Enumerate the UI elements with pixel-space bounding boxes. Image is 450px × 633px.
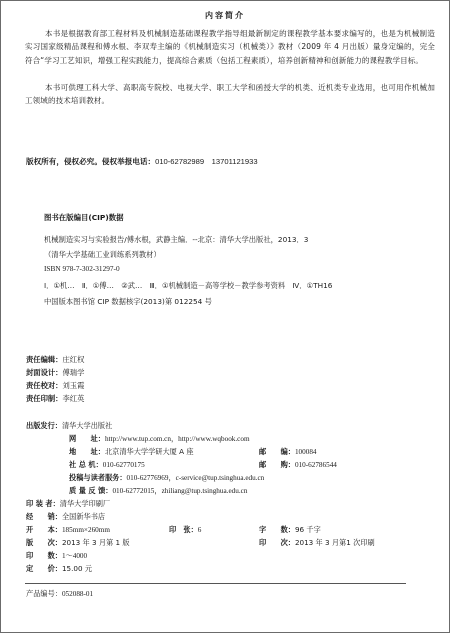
staff-cover-design: 封面设计：傅瑞学 [26,369,84,376]
summary-paragraph-1: 本书是根据教育部工程材料及机械制造基础课程教学指导组最新制定的课程教学基本要求编… [25,27,435,67]
distributor-line: 经 销：全国新华书店 [26,513,105,520]
publisher-website: 网 址：http://www.tup.com.cn，http://www.wqb… [69,435,250,443]
publisher-switchboard: 社 总 机：010-62770175 [69,461,145,469]
format-line: 开 本：185mm×260mm [26,526,110,534]
impression-line: 印 次：2013 年 3 月第1 次印刷 [259,539,375,546]
publisher-line: 出版发行：清华大学出版社 [26,422,112,429]
publisher-reader-service: 投稿与读者服务：010-62776969，c-service@tup.tsing… [69,474,264,482]
copyright-notice: 版权所有，侵权必究。侵权举报电话：010-62782989 1370112193… [26,158,258,166]
staff-proofreader: 责任校对：刘玉霞 [26,382,84,389]
edition-line: 版 次：2013 年 3 月第 1 版 [26,539,130,546]
copyright-text: 版权所有，侵权必究。侵权举报电话： [26,157,155,166]
cip-line-classification: Ⅰ．①机… Ⅱ．①傅… ②武… Ⅲ．①机械制造－高等学校－教学参考资料 Ⅳ．①T… [44,282,332,289]
summary-paragraph-2: 本书可供理工科大学、高职高专院校、电视大学、职工大学和函授大学的机类、近机类专业… [25,81,435,108]
words-line: 字 数：96 千字 [259,526,321,533]
price-line: 定 价：15.00 元 [26,565,92,572]
copyright-page: 内容简介 本书是根据教育部工程材料及机械制造基础课程教学指导组最新制定的课程教学… [0,0,450,633]
staff-print-supervisor: 责任印制：李红英 [26,395,84,402]
publisher-postcode: 邮 编：100084 [259,448,317,456]
divider-rule [25,583,406,584]
cip-heading: 图书在版编目(CIP)数据 [44,214,123,221]
publisher-quality-feedback: 质 量 反 馈：010-62772015，zhiliang@tup.tsingh… [69,487,247,495]
sheets-line: 印 张：6 [169,526,201,534]
report-phones: 010-62782989 13701121933 [155,157,257,166]
cip-line-series: （清华大学基础工业训练系列教材） [44,251,161,258]
summary-title: 内容简介 [1,12,449,20]
product-code-line: 产品编号：052088-01 [26,590,93,598]
cip-line-record: 中国版本图书馆 CIP 数据核字(2013)第 012254 号 [44,298,212,305]
staff-editor: 责任编辑：庄红权 [26,356,84,363]
copies-line: 印 数：1～4000 [26,552,87,560]
publisher-mailorder: 邮 购：010-62786544 [259,461,337,469]
cip-line-title: 机械制造实习与实验报告/傅水根，武静主编．--北京：清华大学出版社，2013．3 [44,236,308,243]
publisher-address: 地 址：北京清华大学学研大厦 A 座 [69,448,194,455]
printer-line: 印 装 者：清华大学印刷厂 [26,500,110,507]
cip-line-isbn: ISBN 978-7-302-31297-0 [44,265,120,272]
